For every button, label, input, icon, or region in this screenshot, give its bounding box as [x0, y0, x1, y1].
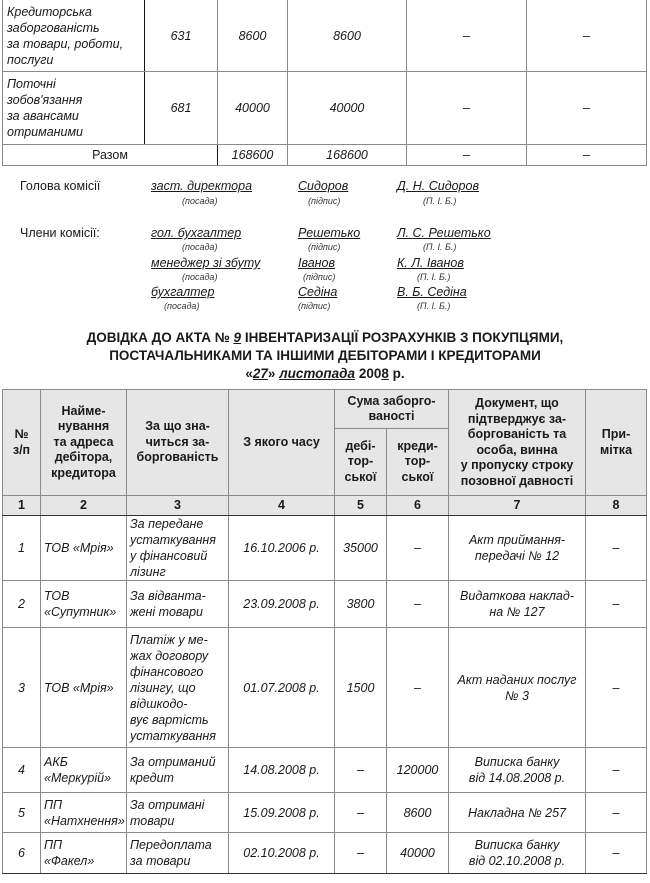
total-amount: 168600	[288, 145, 407, 166]
inventory-summary-table: Кредиторськазаборгованістьза товари, роб…	[2, 0, 647, 166]
debt-since-date: 01.07.2008 р.	[229, 628, 335, 748]
table-row: 1ТОВ «Мрія»За переданеустаткуванняу фіна…	[3, 516, 647, 581]
debt-reason: Передоплатаза товари	[127, 833, 229, 874]
liability-name: Поточнізобов'язанняза авансамиотриманими	[3, 72, 145, 145]
table-row: Поточнізобов'язанняза авансамиотриманими…	[3, 72, 647, 145]
table-row: 2ТОВ«Супутник»За відванта-жені товари23.…	[3, 581, 647, 628]
column-number: 6	[387, 496, 449, 516]
document-title: ДОВІДКА ДО АКТА № 9 ІНВЕНТАРИЗАЦІЇ РОЗРА…	[0, 329, 650, 383]
credit-amount: 40000	[387, 833, 449, 874]
name-caption: (П. І. Б.)	[417, 272, 450, 282]
amount-cell: –	[527, 0, 647, 72]
supporting-document: Накладна № 257	[449, 793, 586, 833]
amount-cell: –	[527, 72, 647, 145]
act-number: 9	[234, 330, 242, 345]
member-signature: Седіна	[298, 285, 337, 299]
account-number: 681	[145, 72, 218, 145]
chair-name: Д. Н. Сидоров	[397, 179, 479, 193]
supporting-document: Виписка банкувід 02.10.2008 р.	[449, 833, 586, 874]
amount-cell: –	[407, 0, 527, 72]
signature-caption: (підпис)	[303, 272, 335, 282]
credit-amount: –	[387, 516, 449, 581]
row-number: 4	[3, 748, 41, 793]
member-name: В. Б. Седіна	[397, 285, 467, 299]
debit-amount: 1500	[335, 628, 387, 748]
header-sum: Сума заборго-ваності	[335, 390, 449, 429]
date-year-digit: 8	[381, 366, 389, 381]
credit-amount: –	[387, 628, 449, 748]
position-caption: (посада)	[182, 272, 217, 282]
table-row: 4АКБ«Меркурій»За отриманийкредит14.08.20…	[3, 748, 647, 793]
total-amount: 168600	[218, 145, 288, 166]
chair-label: Голова комісії	[20, 179, 100, 193]
debt-reason: За отриманітовари	[127, 793, 229, 833]
debit-amount: 3800	[335, 581, 387, 628]
title-line-2: ПОСТАЧАЛЬНИКАМИ ТА ІНШИМИ ДЕБІТОРАМИ І К…	[0, 347, 650, 365]
note: –	[586, 516, 647, 581]
member-signature: Іванов	[298, 256, 335, 270]
debt-reason: Платіж у ме-жах договоруфінансовоголізин…	[127, 628, 229, 748]
debt-reason: За переданеустаткуванняу фінансовийлізин…	[127, 516, 229, 581]
signature-caption: (підпис)	[298, 301, 330, 311]
row-number: 5	[3, 793, 41, 833]
liability-name: Кредиторськазаборгованістьза товари, роб…	[3, 0, 145, 72]
column-number: 3	[127, 496, 229, 516]
header-reason: За що зна-читься за-боргованість	[127, 390, 229, 496]
amount-cell: 8600	[218, 0, 288, 72]
counterparty-name: ТОВ «Мрія»	[41, 516, 127, 581]
column-number: 8	[586, 496, 647, 516]
debt-reason: За отриманийкредит	[127, 748, 229, 793]
credit-amount: –	[387, 581, 449, 628]
position-caption: (посада)	[164, 301, 199, 311]
supporting-document: Акт приймання-передачі № 12	[449, 516, 586, 581]
column-number: 1	[3, 496, 41, 516]
name-caption: (П. І. Б.)	[417, 301, 450, 311]
row-number: 2	[3, 581, 41, 628]
note: –	[586, 581, 647, 628]
table-row: Кредиторськазаборгованістьза товари, роб…	[3, 0, 647, 72]
debtors-creditors-table: №з/п Найме-нуваннята адресадебітора,кред…	[2, 389, 647, 874]
counterparty-name: ПП«Факел»	[41, 833, 127, 874]
member-name: Л. С. Решетько	[397, 226, 491, 240]
position-caption: (посада)	[182, 196, 217, 206]
credit-amount: 8600	[387, 793, 449, 833]
total-amount: –	[407, 145, 527, 166]
debt-since-date: 02.10.2008 р.	[229, 833, 335, 874]
counterparty-name: ТОВ«Супутник»	[41, 581, 127, 628]
header-since: З якого часу	[229, 390, 335, 496]
amount-cell: –	[407, 72, 527, 145]
header-name: Найме-нуваннята адресадебітора,кредитора	[41, 390, 127, 496]
debit-amount: –	[335, 833, 387, 874]
supporting-document: Акт наданих послуг№ 3	[449, 628, 586, 748]
total-row: Разом 168600 168600 – –	[3, 145, 647, 166]
name-caption: (П. І. Б.)	[423, 242, 456, 252]
table-row: 3ТОВ «Мрія»Платіж у ме-жах договоруфінан…	[3, 628, 647, 748]
date-day: 27	[253, 366, 268, 381]
header-credit: креди-тор-ської	[387, 429, 449, 496]
table-row: 5ПП«Натхнення»За отриманітовари15.09.200…	[3, 793, 647, 833]
chair-position: заст. директора	[151, 179, 252, 193]
account-number: 631	[145, 0, 218, 72]
counterparty-name: ТОВ «Мрія»	[41, 628, 127, 748]
member-position: гол. бухгалтер	[151, 226, 241, 240]
member-position: менеджер зі збуту	[151, 256, 260, 270]
column-number: 7	[449, 496, 586, 516]
counterparty-name: ПП«Натхнення»	[41, 793, 127, 833]
member-signature: Решетько	[298, 226, 360, 240]
note: –	[586, 833, 647, 874]
total-amount: –	[527, 145, 647, 166]
header-document: Документ, щопідтверджує за-боргованість …	[449, 390, 586, 496]
debt-since-date: 16.10.2006 р.	[229, 516, 335, 581]
member-name: К. Л. Іванов	[397, 256, 464, 270]
debt-since-date: 14.08.2008 р.	[229, 748, 335, 793]
note: –	[586, 628, 647, 748]
header-note: При-мітка	[586, 390, 647, 496]
credit-amount: 120000	[387, 748, 449, 793]
date-month: листопада	[279, 366, 355, 381]
amount-cell: 40000	[218, 72, 288, 145]
signature-caption: (підпис)	[308, 196, 340, 206]
header-debit: дебі-тор-ської	[335, 429, 387, 496]
amount-cell: 8600	[288, 0, 407, 72]
total-label: Разом	[3, 145, 218, 166]
signature-caption: (підпис)	[308, 242, 340, 252]
row-number: 1	[3, 516, 41, 581]
amount-cell: 40000	[288, 72, 407, 145]
column-number: 5	[335, 496, 387, 516]
note: –	[586, 793, 647, 833]
position-caption: (посада)	[182, 242, 217, 252]
chair-signature: Сидоров	[298, 179, 348, 193]
header-number: №з/п	[3, 390, 41, 496]
counterparty-name: АКБ«Меркурій»	[41, 748, 127, 793]
members-label: Члени комісії:	[20, 226, 100, 240]
debit-amount: –	[335, 793, 387, 833]
column-numbers-row: 12345678	[3, 496, 647, 516]
name-caption: (П. І. Б.)	[423, 196, 456, 206]
note: –	[586, 748, 647, 793]
debt-reason: За відванта-жені товари	[127, 581, 229, 628]
debit-amount: 35000	[335, 516, 387, 581]
supporting-document: Видаткова наклад-на № 127	[449, 581, 586, 628]
supporting-document: Виписка банкувід 14.08.2008 р.	[449, 748, 586, 793]
title-date: «27» листопада 2008 р.	[0, 365, 650, 383]
row-number: 3	[3, 628, 41, 748]
member-position: бухгалтер	[151, 285, 214, 299]
debt-since-date: 23.09.2008 р.	[229, 581, 335, 628]
debit-amount: –	[335, 748, 387, 793]
debt-since-date: 15.09.2008 р.	[229, 793, 335, 833]
column-number: 4	[229, 496, 335, 516]
title-line-1: ДОВІДКА ДО АКТА № 9 ІНВЕНТАРИЗАЦІЇ РОЗРА…	[0, 329, 650, 347]
row-number: 6	[3, 833, 41, 874]
table-row: 6ПП«Факел»Передоплатаза товари02.10.2008…	[3, 833, 647, 874]
column-number: 2	[41, 496, 127, 516]
